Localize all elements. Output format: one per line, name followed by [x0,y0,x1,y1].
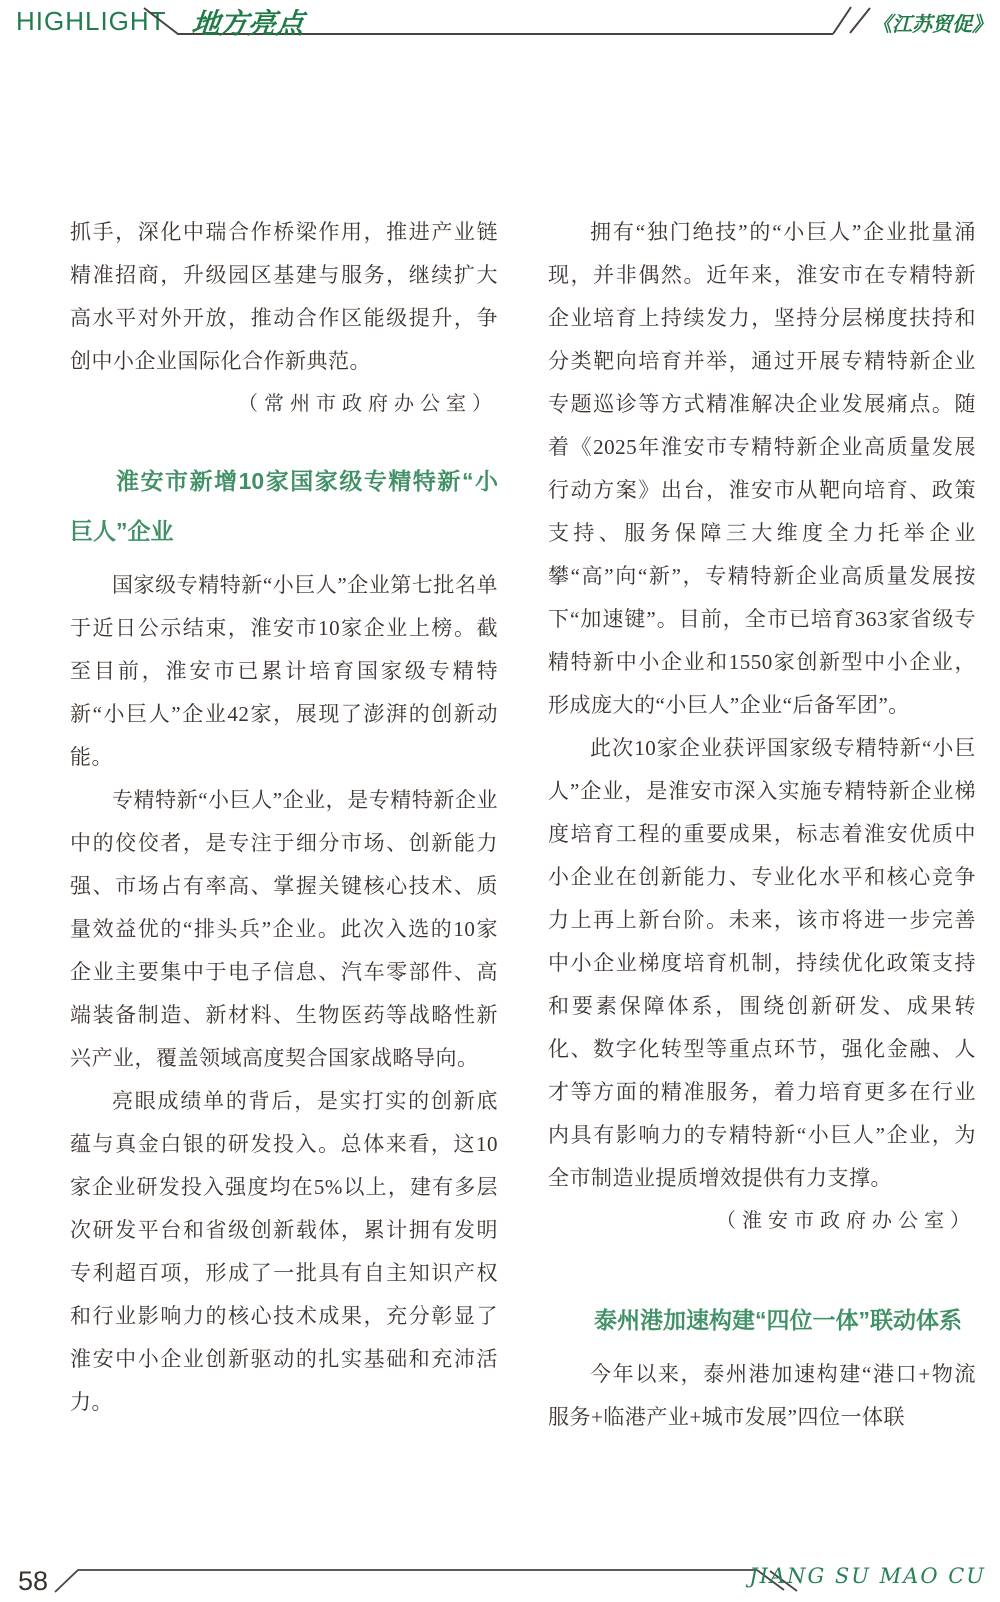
paragraph: 专精特新“小巨人”企业，是专精特新企业中的佼佼者，是专注于细分市场、创新能力强、… [70,779,498,1080]
continuation-paragraph: 抓手，深化中瑞合作桥梁作用，推进产业链精准招商，升级园区基建与服务，继续扩大高水… [70,211,498,383]
right-column: 拥有“独门绝技”的“小巨人”企业批量涌现，并非偶然。近年来，淮安市在专精特新企业… [548,211,976,1439]
paragraph: 亮眼成绩单的背后，是实打实的创新底蕴与真金白银的研发投入。总体来看，这10家企业… [70,1080,498,1424]
section-logo-calligraphy: 地方亮点 [190,2,306,42]
byline-huaian: （淮安市政府办公室） [548,1200,976,1243]
journal-name-en: JIANG SU MAO CU [749,1564,986,1588]
page-number: 58 [18,1566,48,1597]
article-title-taizhou: 泰州港加速构建“四位一体”联动体系 [548,1295,976,1345]
magazine-page: HIGHLIGHT 地方亮点 《江苏贸促》 抓手，深化中瑞合作桥梁作用，推进产业… [0,0,1000,1602]
section-label-en: HIGHLIGHT [16,6,167,37]
paragraph: 国家级专精特新“小巨人”企业第七批名单于近日公示结束，淮安市10家企业上榜。截至… [70,564,498,779]
paragraph: 此次10家企业获评国家级专精特新“小巨人”企业，是淮安市深入实施专精特新企业梯度… [548,727,976,1200]
byline-changzhou: （常州市政府办公室） [70,383,498,426]
paragraph: 拥有“独门绝技”的“小巨人”企业批量涌现，并非偶然。近年来，淮安市在专精特新企业… [548,211,976,727]
left-column: 抓手，深化中瑞合作桥梁作用，推进产业链精准招商，升级园区基建与服务，继续扩大高水… [70,211,498,1439]
continuation-paragraph: 今年以来，泰州港加速构建“港口+物流服务+临港产业+城市发展”四位一体联 [548,1353,976,1439]
magazine-title-logo: 《江苏贸促》 [872,8,992,37]
article-columns: 抓手，深化中瑞合作桥梁作用，推进产业链精准招商，升级园区基建与服务，继续扩大高水… [70,211,976,1439]
article-title-huaian: 淮安市新增10家国家级专精特新“小巨人”企业 [70,456,498,556]
